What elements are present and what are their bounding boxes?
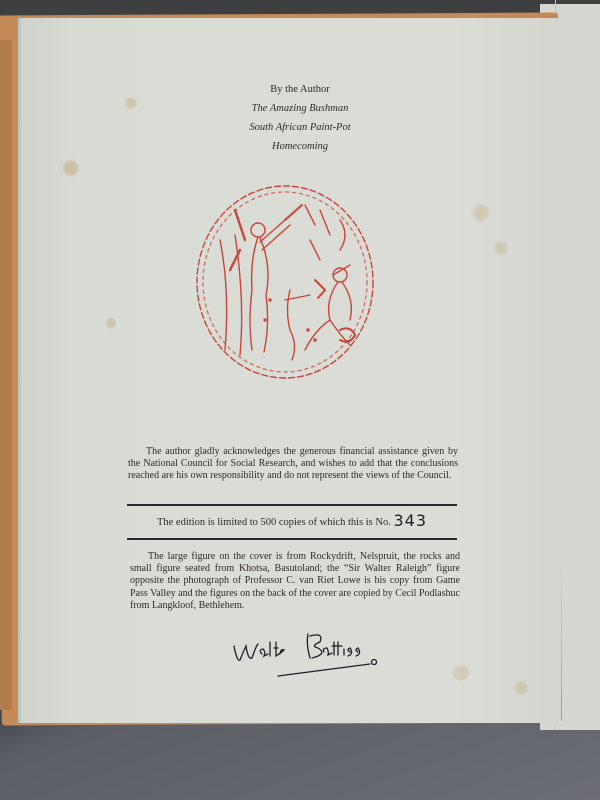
bottom-divider-rule [127, 538, 457, 540]
by-the-author-block: By the Author The Amazing Bushman South … [210, 80, 390, 156]
edition-text: The edition is limited to 500 copies of … [157, 517, 391, 528]
edition-statement: The edition is limited to 500 copies of … [127, 510, 457, 529]
rock-art-illustration [190, 180, 380, 385]
book-spine-edge [0, 40, 12, 710]
cover-figures-note: The large figure on the cover is from Ro… [130, 551, 460, 612]
title-3: Homecoming [210, 137, 390, 156]
title-1: The Amazing Bushman [210, 99, 390, 118]
title-2: South African Paint-Pot [210, 118, 390, 137]
by-line: By the Author [210, 80, 390, 99]
author-signature: Walter Battiss [228, 624, 388, 680]
acknowledgement-paragraph: The author gladly acknowledges the gener… [128, 446, 458, 481]
top-divider-rule [127, 504, 457, 506]
copy-number-handwritten: 343 [393, 511, 427, 530]
